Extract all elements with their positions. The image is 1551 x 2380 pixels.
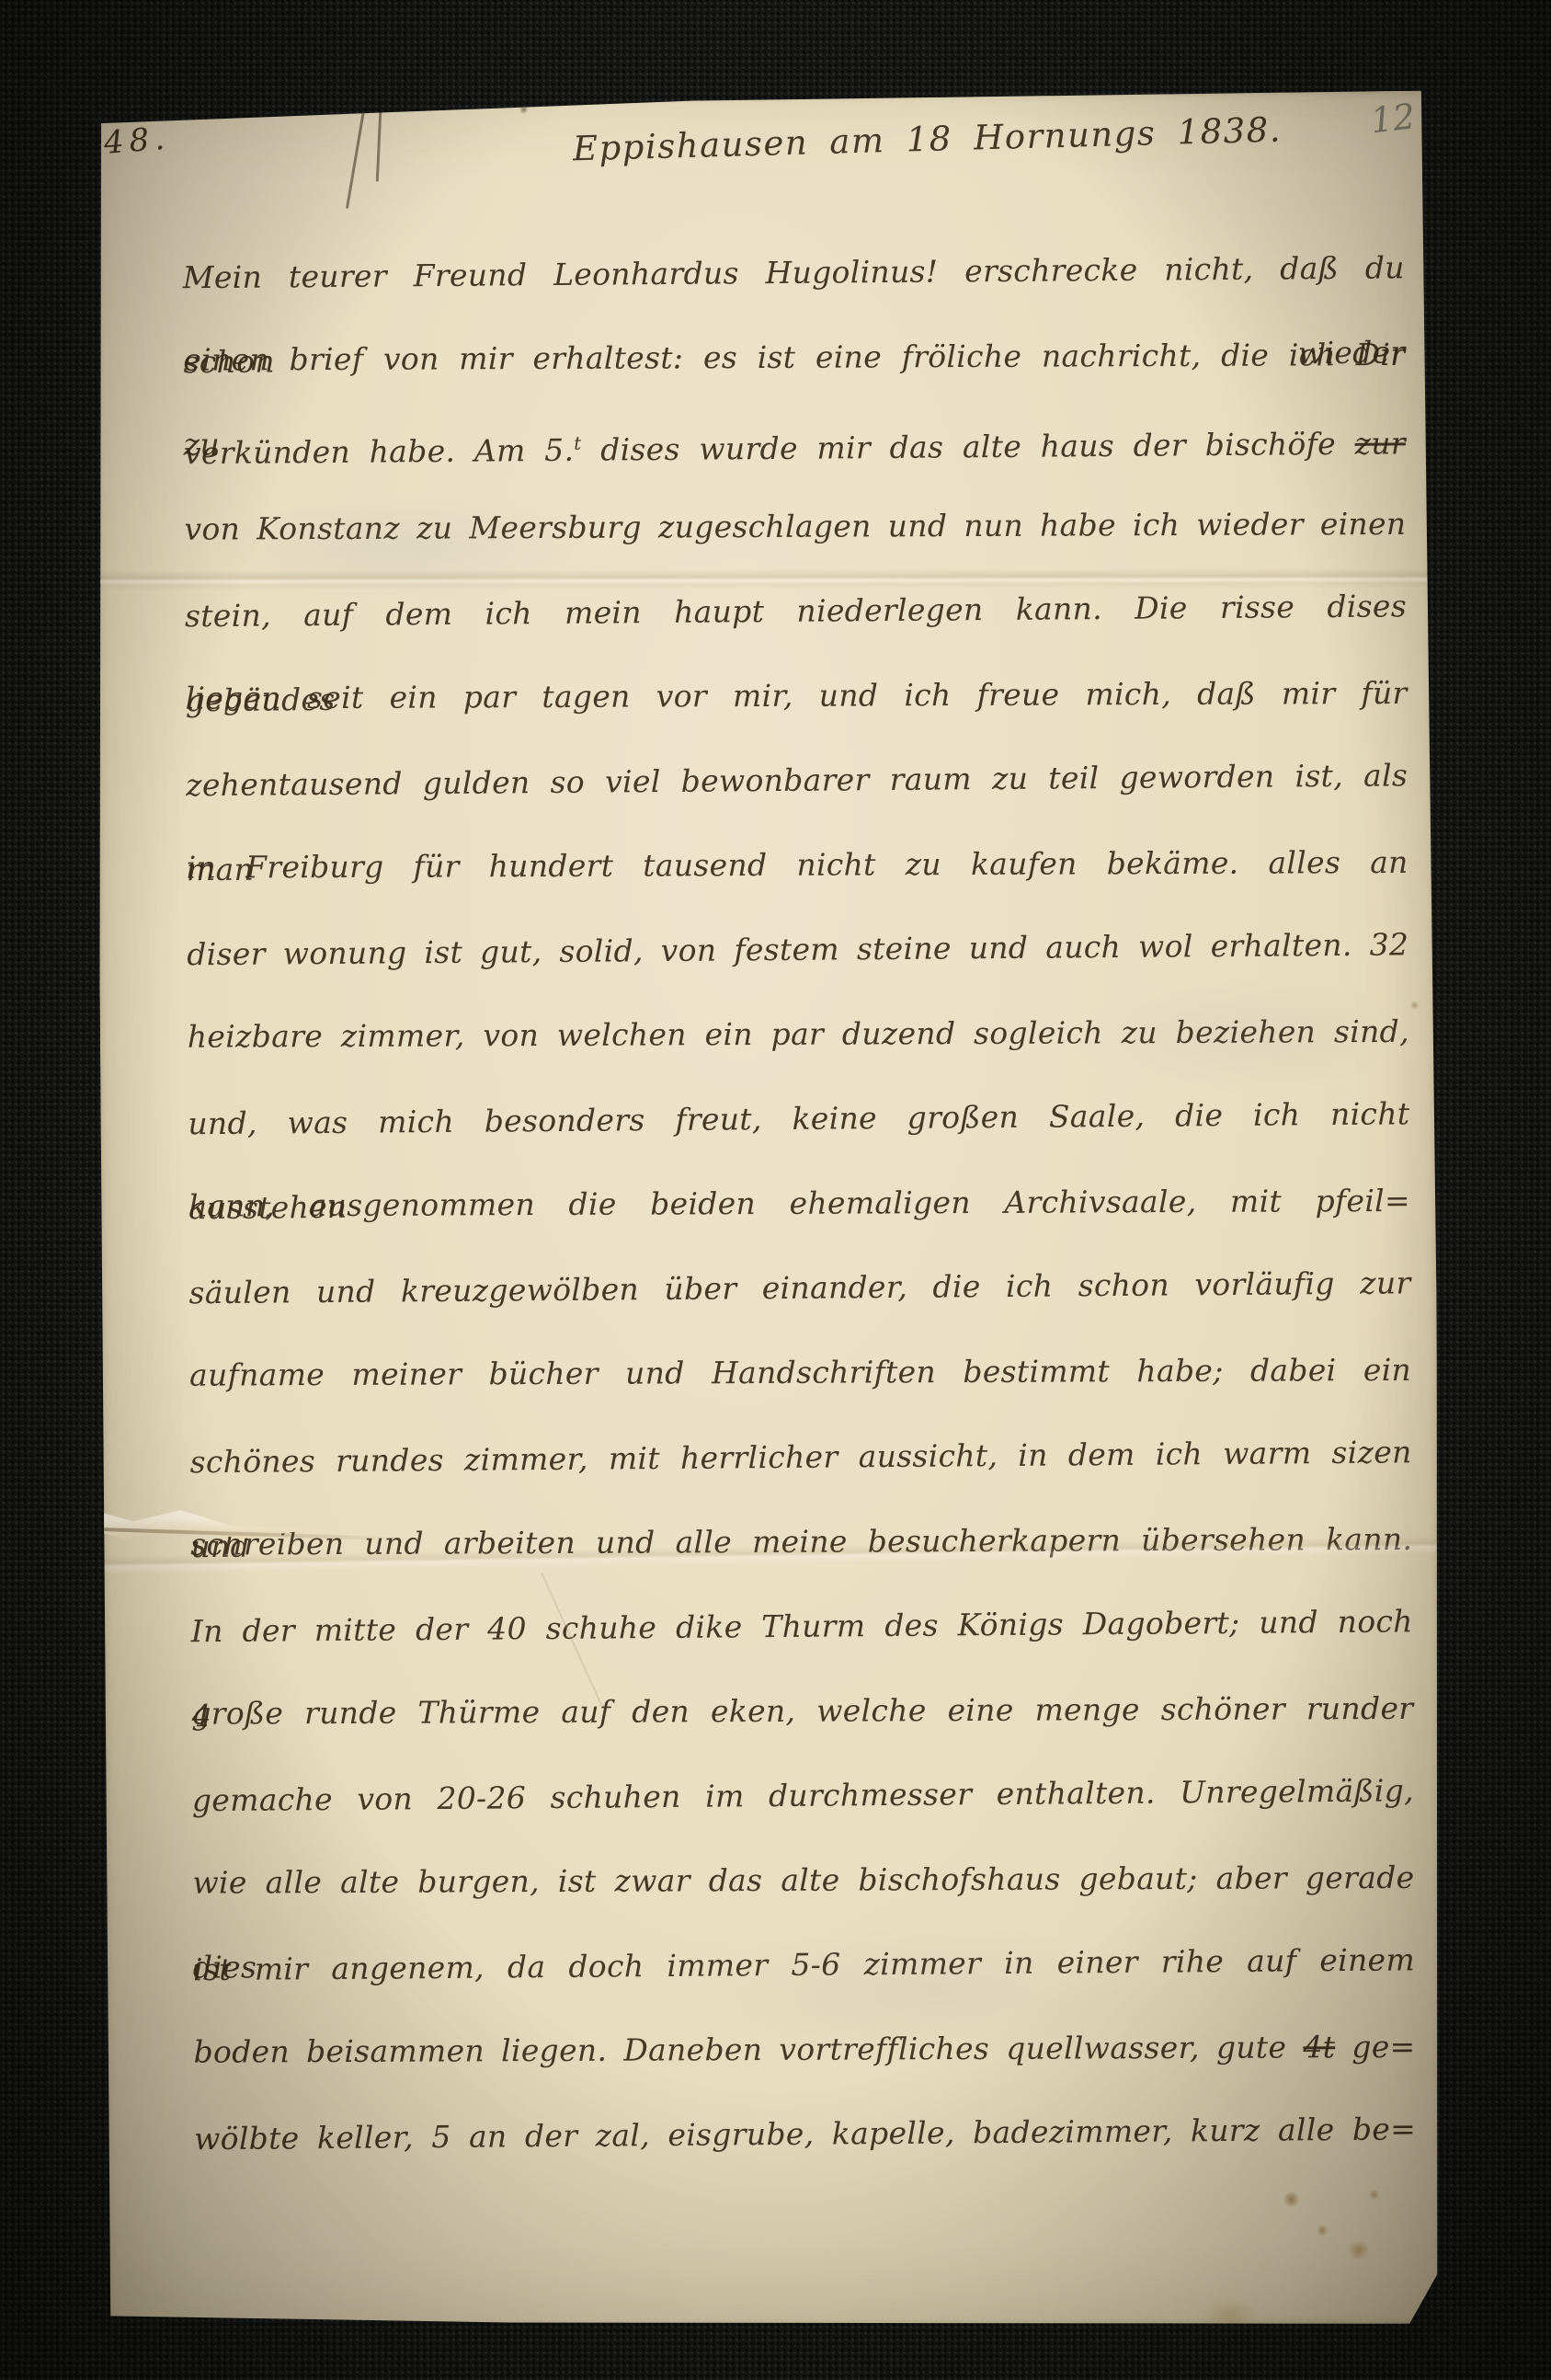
folio-number-ink: 48. [102,120,171,161]
letter-line: heizbare zimmer, von welchen ein par duz… [188,990,1409,1080]
folio-number-pencil: 12 [1368,96,1417,141]
letter-line: wölbte keller, 5 an der zal, eisgrube, k… [194,2087,1417,2181]
letter-text-segment: von Konstanz zu Meersburg zugeschlagen u… [184,506,1406,547]
letter-line: säulen und kreuzgewölben über einander, … [188,1241,1411,1335]
letter-line: zehentausend gulden so viel bewonbarer r… [186,733,1408,828]
ink-stroke-mark [376,97,382,182]
letter-text-segment: säulen und kreuzgewölben über einander, … [188,1264,1410,1310]
foxing-stain [1202,2299,1257,2332]
letter-text-segment: kann, ausgenommen die beiden ehemaligen … [188,1183,1410,1224]
letter-line: ist mir angenem, da doch immer 5-6 zimme… [193,1917,1416,2012]
letter-text-segment: gemache von 20-26 schuhen im durchmesser… [192,1772,1414,1818]
letter-text-segment: aufname meiner bücher und Handschriften … [189,1352,1411,1393]
letter-text-segment: ist mir angenem, da doch immer 5-6 zimme… [193,1941,1415,1987]
letter-line: boden beisammen liegen. Daneben vortreff… [193,2005,1415,2095]
letter-text-segment: liegen seit ein par tagen vor mir, und i… [185,675,1407,716]
letter-line: einen brief von mir erhaltest: es ist ei… [183,313,1405,403]
letter-text-segment: diser wonung ist gut, solid, von festem … [187,926,1408,972]
letter-text-segment: schreiben und arbeiten und alle meine be… [190,1521,1412,1562]
letter-line: diser wonung ist gut, solid, von festem … [187,902,1409,997]
letter-line: In der mitte der 40 schuhe dike Thurm de… [190,1579,1413,1674]
letter-text-segment: dises wurde mir das alte haus der bischö… [581,426,1354,468]
letter-line: von Konstanz zu Meersburg zugeschlagen u… [184,482,1406,572]
letter-line: schreiben und arbeiten und alle meine be… [190,1497,1412,1587]
letter-line: verkünden habe. Am 5.t dises wurde mir d… [184,395,1407,489]
ink-speck [519,106,529,114]
letter-line: gemache von 20-26 schuhen im durchmesser… [192,1748,1415,1843]
letter-text-segment: t [574,433,581,454]
letter-line: schönes rundes zimmer, mit herrlicher au… [189,1410,1412,1505]
letter-line: in Freiburg für hundert tausend nicht zu… [187,820,1408,910]
letter-line: und, was mich besonders freut, keine gro… [188,1071,1410,1166]
letter-body: Mein teurer Freund Leonhardus Hugolinus!… [182,227,1416,2180]
letter-text-segment: boden beisammen liegen. Daneben vortreff… [193,2029,1303,2069]
ink-stroke-mark [346,99,367,209]
letter-text-segment: in Freiburg für hundert tausend nicht zu… [187,844,1408,886]
foxing-stain [1410,1001,1420,1010]
letter-line: Mein teurer Freund Leonhardus Hugolinus!… [182,225,1405,320]
photograph-background: 48. 12 Eppishausen am 18 Hornungs 1838. … [0,0,1551,2380]
foxing-stain [1347,2241,1371,2260]
letter-text-segment: wölbte keller, 5 an der zal, eisgrube, k… [194,2111,1416,2157]
letter-line: liegen seit ein par tagen vor mir, und i… [185,651,1407,741]
letter-text-segment: ge= [1335,2029,1415,2065]
foxing-stain [1317,2225,1329,2236]
letter-text-segment: heizbare zimmer, von welchen ein par duz… [188,1013,1409,1055]
letter-text-segment: verkünden habe. Am 5. [184,432,575,471]
foxing-stain [1369,2190,1380,2200]
foxing-stain [1283,2191,1301,2206]
letter-text-segment: große runde Thürme auf den eken, welche … [191,1690,1413,1732]
letter-page: 48. 12 Eppishausen am 18 Hornungs 1838. … [95,91,1443,2332]
crossed-out-word: 4t [1303,2029,1335,2065]
letter-line: wie alle alte burgen, ist zwar das alte … [192,1836,1414,1926]
letter-line: kann, ausgenommen die beiden ehemaligen … [188,1159,1410,1249]
letter-line: aufname meiner bücher und Handschriften … [189,1328,1411,1418]
letter-line: große runde Thürme auf den eken, welche … [191,1666,1413,1756]
crossed-out-word: zur [1354,425,1406,461]
letter-line: stein, auf dem ich mein haupt niederlege… [185,564,1408,658]
letter-dateline: Eppishausen am 18 Hornungs 1838. [572,110,1282,169]
